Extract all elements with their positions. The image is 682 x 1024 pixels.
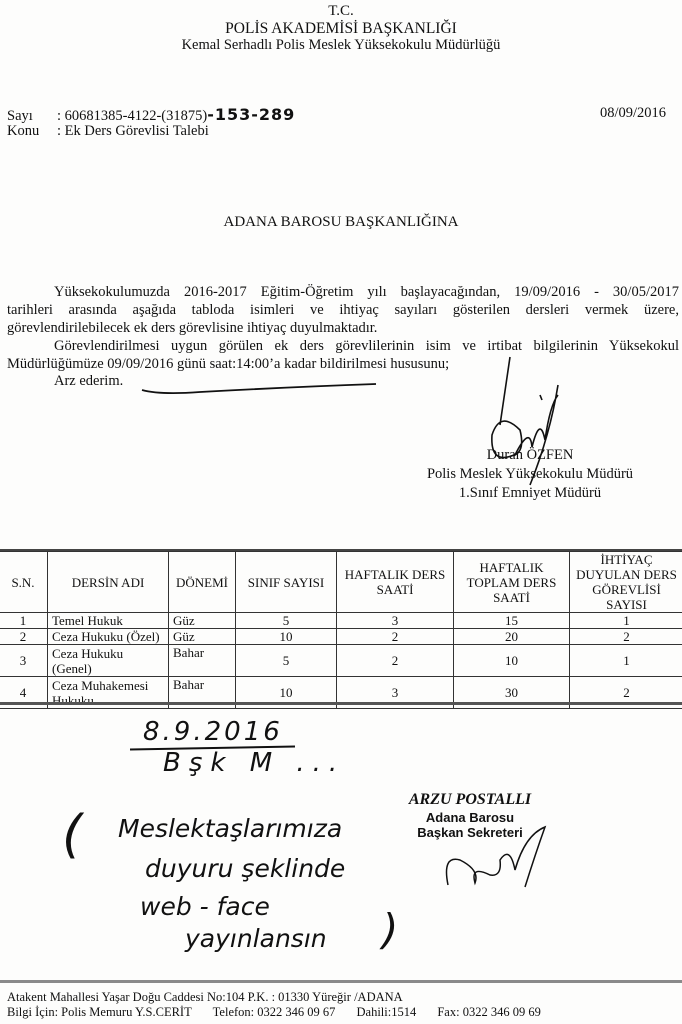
stamp-name: ARZU POSTALLI: [385, 791, 555, 809]
handwritten-initials: Bşk M ...: [163, 748, 345, 778]
signer-block: Duran ÖZFEN Polis Meslek Yüksekokulu Müd…: [410, 446, 650, 503]
table-header-row: S.N. DERSİN ADI DÖNEMİ SINIF SAYISI HAFT…: [0, 552, 682, 613]
cell-weekly-hours: 2: [337, 645, 454, 677]
cell-needed: 1: [570, 645, 682, 677]
footer-extension: Dahili:1514: [357, 1005, 417, 1019]
footer-rule: [0, 980, 682, 983]
footer-contact: Bilgi İçin: Polis Memuru Y.S.CERİT Telef…: [7, 1005, 559, 1020]
letterhead-unit: Kemal Serhadlı Polis Meslek Yüksekokulu …: [0, 37, 682, 54]
col-header-course: DERSİN ADI: [48, 552, 169, 613]
p2-line1: Görevlendirilmesi uygun görülen ek ders …: [7, 337, 679, 355]
note-close-paren: ): [382, 905, 398, 954]
reference-number: Sayı: 60681385-4122-(31875)-153-289: [7, 105, 295, 125]
footer-fax: Fax: 0322 346 09 69: [437, 1005, 540, 1019]
cell-sn: 3: [0, 645, 48, 677]
note-line-4: yayınlansın: [185, 920, 327, 958]
handwritten-reference: -153-289: [207, 105, 295, 124]
cell-sn: 2: [0, 629, 48, 645]
cell-weekly-hours: 3: [337, 613, 454, 629]
cell-needed: 1: [570, 613, 682, 629]
cell-total-hours: 20: [454, 629, 570, 645]
col-header-total-hours: HAFTALIK TOPLAM DERS SAATİ: [454, 552, 570, 613]
cell-course: Ceza Hukuku (Genel): [48, 645, 169, 677]
cell-course: Ceza Hukuku (Özel): [48, 629, 169, 645]
letterhead-tc: T.C.: [0, 3, 682, 20]
p1-line3: görevlendirilebilecek ek ders görevlisin…: [7, 319, 679, 337]
sayi-value: : 60681385-4122-(31875): [57, 108, 207, 124]
col-header-classes: SINIF SAYISI: [236, 552, 337, 613]
cell-total-hours: 15: [454, 613, 570, 629]
handwritten-date: 8.9.2016: [143, 717, 283, 747]
cell-term: Güz: [169, 613, 236, 629]
paragraph-1: Yüksekokulumuzda 2016-2017 Eğitim-Öğreti…: [7, 283, 679, 337]
footer-address: Atakent Mahallesi Yaşar Doğu Caddesi No:…: [7, 990, 403, 1005]
signer-name: Duran ÖZFEN: [410, 446, 650, 465]
note-line-1: Meslektaşlarımıza: [118, 810, 342, 848]
p1-line2: tarihleri arasında aşağıda tabloda isiml…: [7, 301, 679, 319]
footer-info: Bilgi İçin: Polis Memuru Y.S.CERİT: [7, 1005, 192, 1019]
cell-sn: 1: [0, 613, 48, 629]
cell-term: Güz: [169, 629, 236, 645]
table-row: 2 Ceza Hukuku (Özel) Güz 10 2 20 2: [0, 629, 682, 645]
cell-course: Temel Hukuk: [48, 613, 169, 629]
signer-title: Polis Meslek Yüksekokulu Müdürü: [410, 465, 650, 484]
cell-weekly-hours: 2: [337, 629, 454, 645]
secretary-signature: [440, 815, 550, 895]
recipient: ADANA BAROSU BAŞKANLIĞINA: [0, 214, 682, 231]
letterhead-institution: POLİS AKADEMİSİ BAŞKANLIĞI: [0, 20, 682, 38]
signer-rank: 1.Sınıf Emniyet Müdürü: [410, 484, 650, 503]
cell-total-hours: 10: [454, 645, 570, 677]
note-open-paren: (: [62, 805, 82, 865]
col-header-weekly-hours: HAFTALIK DERS SAATİ: [337, 552, 454, 613]
table-row: 1 Temel Hukuk Güz 5 3 15 1: [0, 613, 682, 629]
table-row: 3 Ceza Hukuku (Genel) Bahar 5 2 10 1: [0, 645, 682, 677]
col-header-term: DÖNEMİ: [169, 552, 236, 613]
p1-line1: Yüksekokulumuzda 2016-2017 Eğitim-Öğreti…: [7, 283, 679, 301]
subject: Konu: Ek Ders Görevlisi Talebi: [7, 123, 209, 140]
closing: Arz ederim.: [54, 373, 123, 390]
cell-term: Bahar: [169, 645, 236, 677]
cell-classes: 10: [236, 629, 337, 645]
cell-classes: 5: [236, 613, 337, 629]
courses-table: S.N. DERSİN ADI DÖNEMİ SINIF SAYISI HAFT…: [0, 551, 682, 709]
letter-date: 08/09/2016: [600, 105, 666, 122]
note-line-2: duyuru şeklinde: [145, 850, 345, 888]
pen-underline: [140, 378, 380, 398]
cell-classes: 5: [236, 645, 337, 677]
table-bottom-border: [0, 702, 682, 705]
konu-value: : Ek Ders Görevlisi Talebi: [57, 123, 209, 139]
cell-needed: 2: [570, 629, 682, 645]
col-header-sn: S.N.: [0, 552, 48, 613]
konu-label: Konu: [7, 123, 57, 140]
col-header-needed: İHTİYAÇ DUYULAN DERS GÖREVLİSİ SAYISI: [570, 552, 682, 613]
footer-phone: Telefon: 0322 346 09 67: [213, 1005, 336, 1019]
